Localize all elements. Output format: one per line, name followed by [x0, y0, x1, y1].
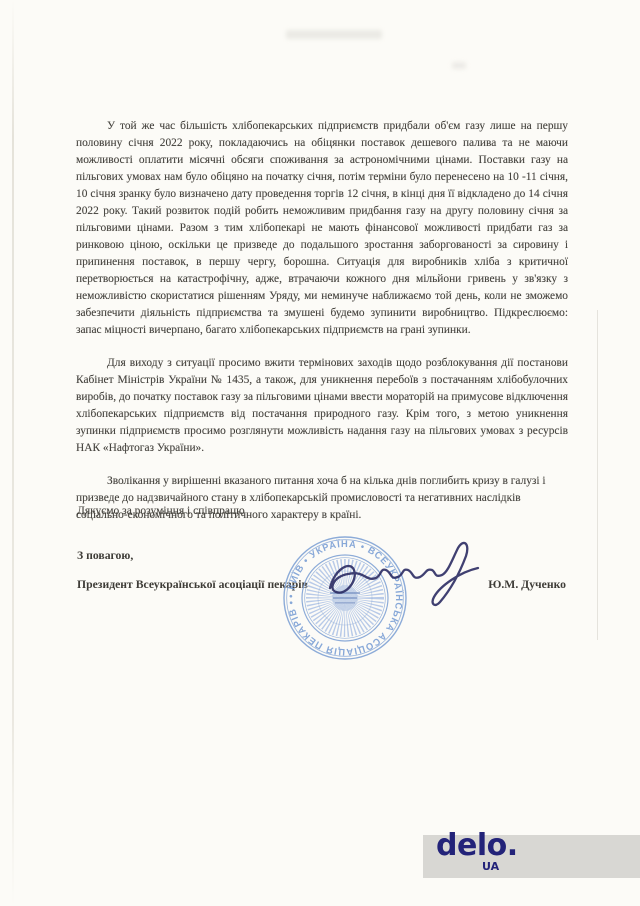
scanned-letter-page: У той же час більшість хлібопекарських п… — [0, 0, 640, 906]
signer-name: Ю.М. Дученко — [488, 578, 566, 591]
regards-line: З повагою, — [77, 549, 133, 562]
delo-logo-ua-suffix: UA — [482, 860, 499, 873]
letter-body: У той же час більшість хлібопекарських п… — [76, 118, 568, 524]
scan-artifact — [452, 62, 466, 69]
handwritten-signature-icon — [316, 540, 494, 618]
delo-logo: delo. — [436, 828, 518, 863]
letter-paragraph-2: Для виходу з ситуації просимо вжити терм… — [76, 355, 568, 457]
delo-ua-watermark: delo. UA — [423, 835, 640, 878]
scan-edge-line — [12, 0, 14, 906]
scan-artifact — [286, 30, 382, 39]
signer-title: Президент Всеукраїнської асоціації пекар… — [77, 578, 308, 591]
letter-paragraph-1: У той же час більшість хлібопекарських п… — [76, 118, 568, 339]
thanks-line: Дякуємо за розуміння і співпрацю — [77, 505, 245, 517]
scan-fold-line — [597, 310, 598, 640]
